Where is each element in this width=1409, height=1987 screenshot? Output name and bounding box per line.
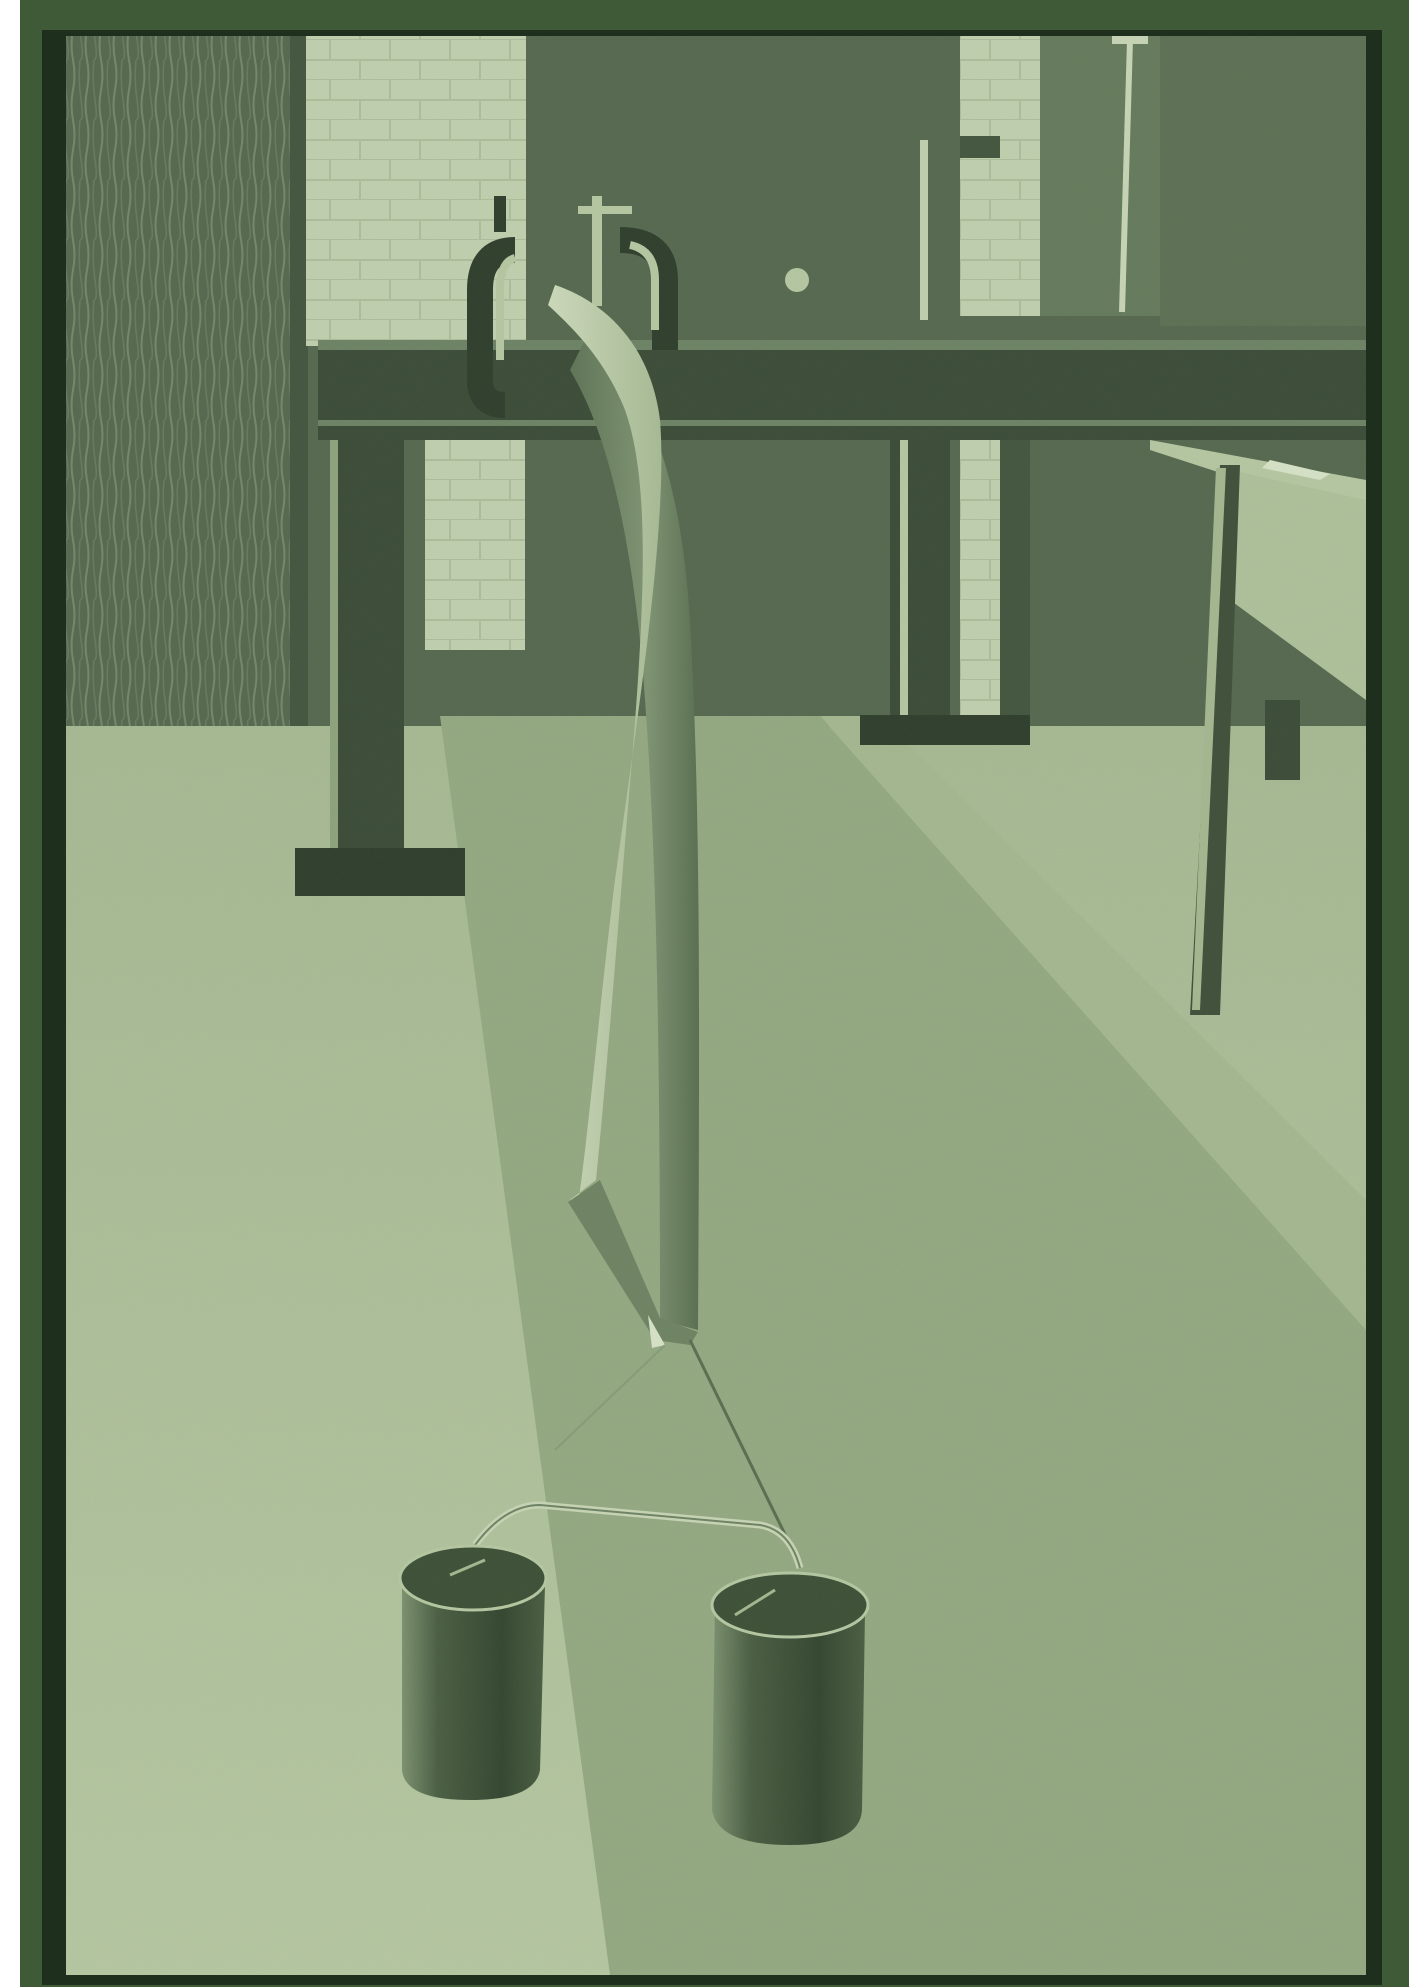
film-grain — [66, 36, 1366, 1975]
photograph — [0, 0, 1409, 1987]
photo-area — [66, 36, 1366, 1975]
